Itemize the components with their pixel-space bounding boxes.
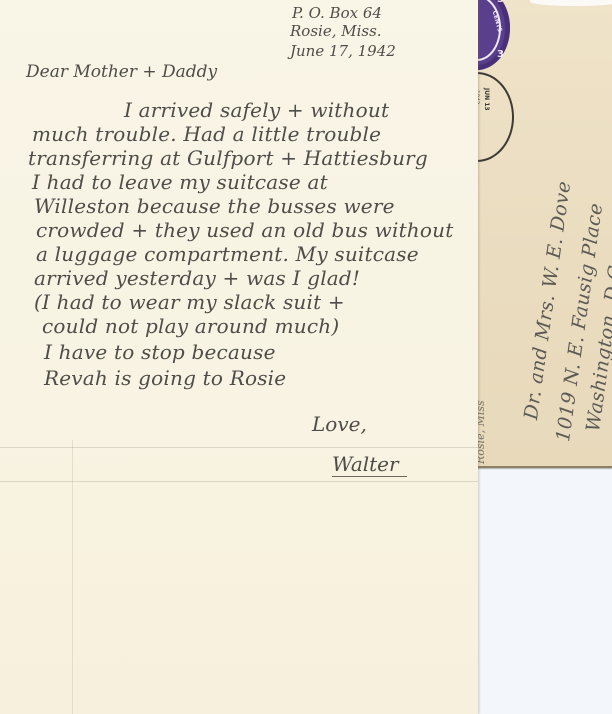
- body-line: Revah is going to Rosie: [44, 366, 286, 390]
- heading-address: P. O. Box 64: [292, 4, 382, 22]
- signature: Walter: [332, 452, 407, 477]
- envelope-address: Dr. and Mrs. W. E. Dove 1019 N. E. Fausi…: [470, 0, 612, 466]
- body-line: I arrived safely + without: [124, 98, 389, 122]
- body-line: arrived yesterday + was I glad!: [34, 266, 360, 290]
- closing: Love,: [312, 412, 367, 436]
- body-line: could not play around much): [42, 314, 339, 338]
- body-line: I have to stop because: [44, 340, 276, 364]
- letter-page: P. O. Box 64 Rosie, Miss. June 17, 1942 …: [0, 0, 478, 714]
- envelope: 3 3 CENTS 6 PM 1942 JUN 13 Dr. and Mrs. …: [470, 0, 612, 468]
- body-line: I had to leave my suitcase at: [32, 170, 328, 194]
- body-line: transferring at Gulfport + Hattiesburg: [28, 146, 428, 170]
- body-line: a luggage compartment. My suitcase: [36, 242, 419, 266]
- body-line: much trouble. Had a little trouble: [32, 122, 381, 146]
- fold-line-vertical: [72, 440, 73, 714]
- heading-city: Rosie, Miss.: [290, 22, 382, 40]
- body-line: Willeston because the busses were: [34, 194, 395, 218]
- body-line: (I had to wear my slack suit +: [34, 290, 345, 314]
- heading-date: June 17, 1942: [290, 42, 396, 60]
- salutation: Dear Mother + Daddy: [26, 62, 217, 82]
- body-line: crowded + they used an old bus without: [36, 218, 453, 242]
